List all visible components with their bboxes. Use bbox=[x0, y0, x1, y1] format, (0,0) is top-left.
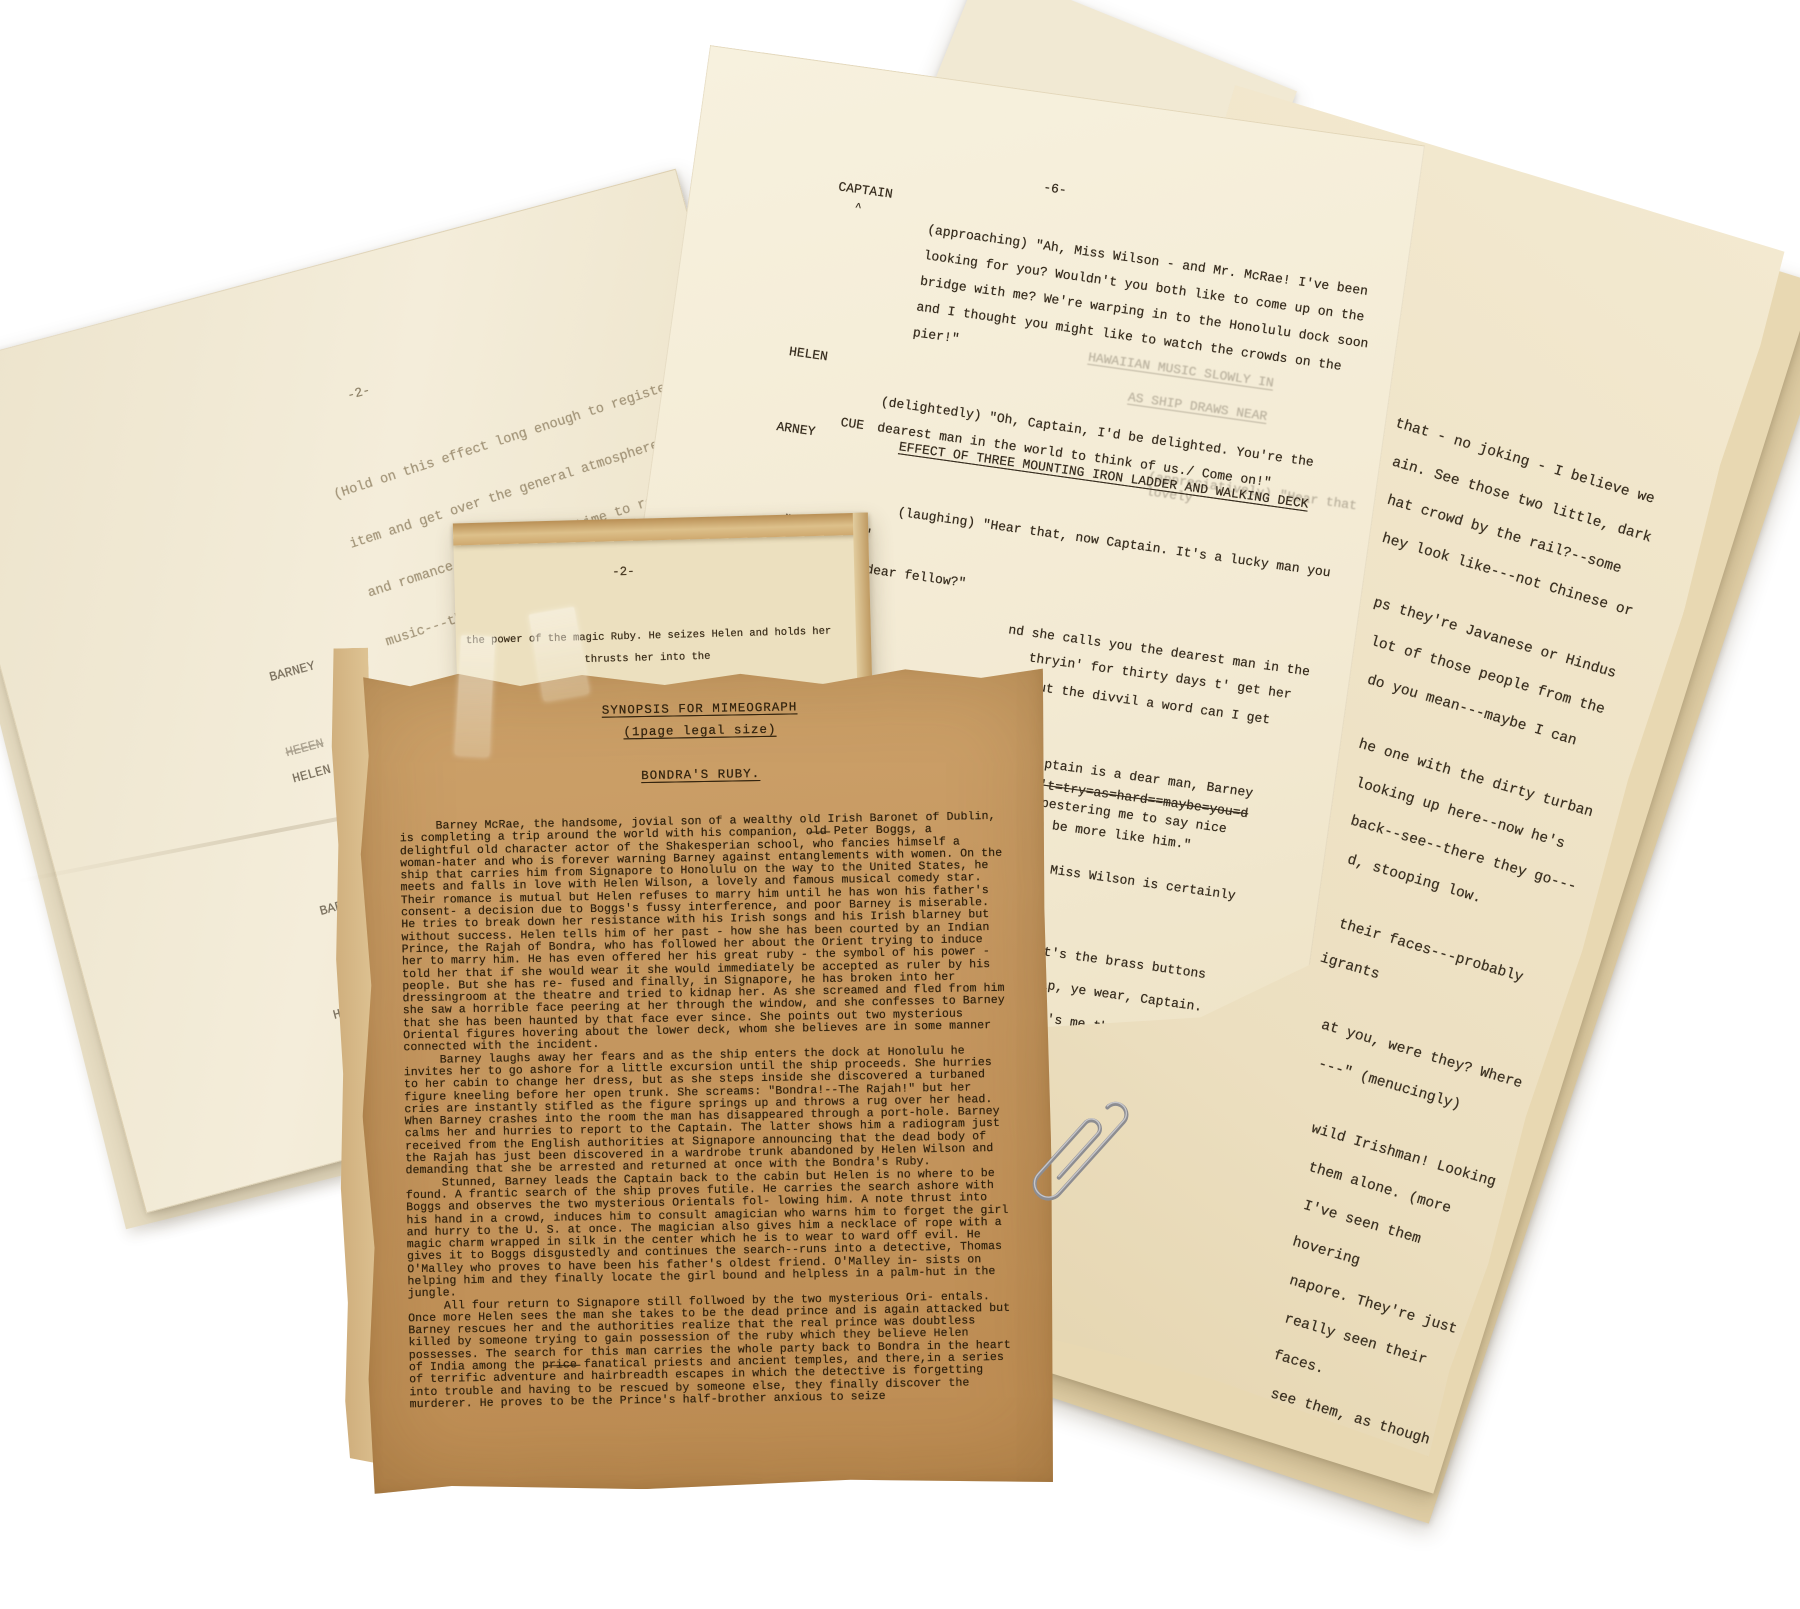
middle-page-line2: thrusts her into the bbox=[584, 651, 710, 666]
middle-page-line1: the power of the magic Ruby. He seizes H… bbox=[466, 626, 832, 648]
middle-page-number: -2- bbox=[612, 565, 635, 580]
middle-page-band: -2- the power of the magic Ruby. He seiz… bbox=[453, 513, 872, 694]
tape-mark-1 bbox=[455, 635, 495, 757]
synopsis-film-title: BONDRA'S RUBY. bbox=[357, 762, 1045, 788]
synopsis-page: SYNOPSIS FOR MIMEOGRAPH (1page legal siz… bbox=[355, 662, 1057, 1494]
synopsis-body-text: Barney McRae, the handsome, jovial son o… bbox=[399, 811, 1014, 1481]
photo-of-typescript-pages: -2- (Hold on this effect long enough to … bbox=[0, 0, 1800, 1609]
